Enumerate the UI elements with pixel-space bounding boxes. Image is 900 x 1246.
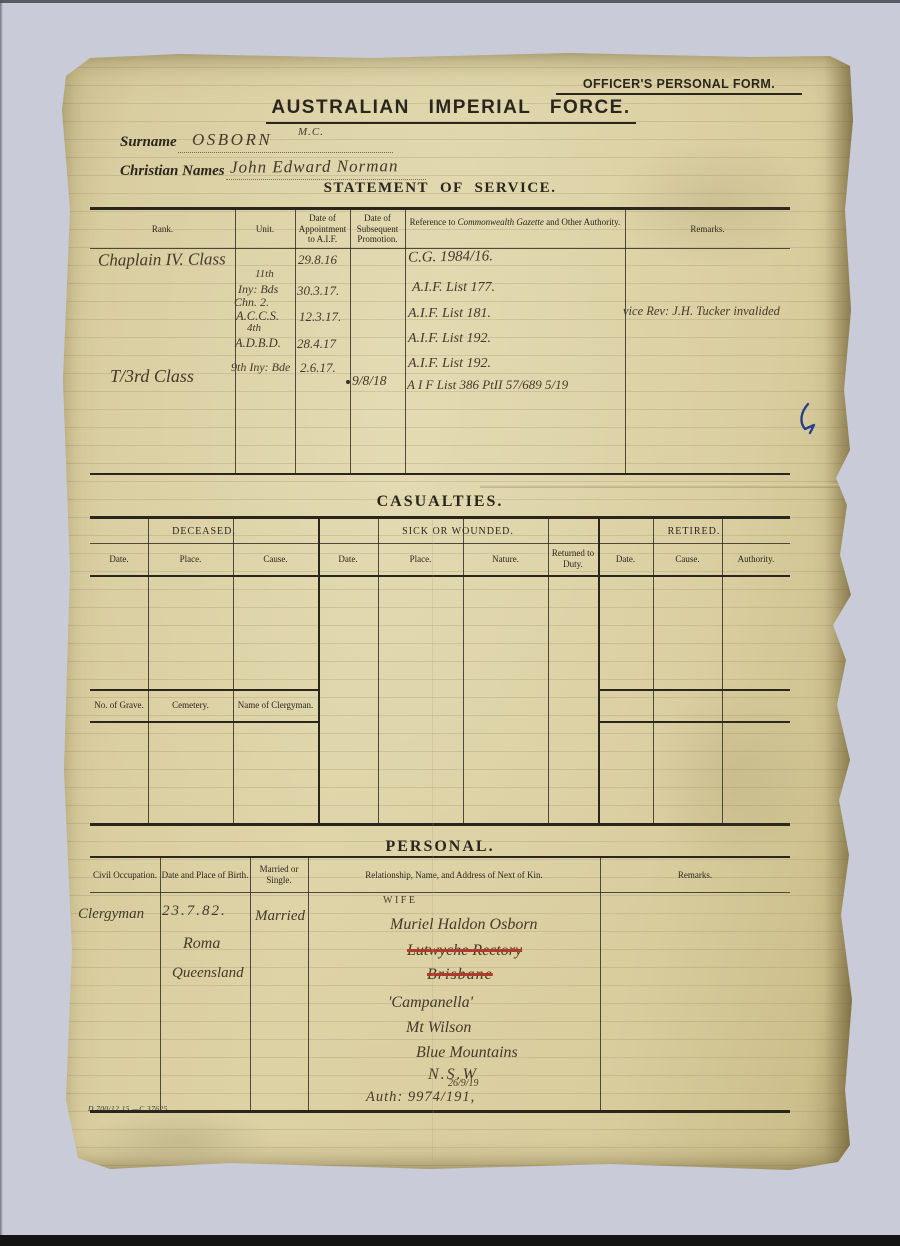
col-header-returned-to-duty: Returned to Duty. (548, 543, 598, 575)
service-unit-entry: 4th (247, 322, 261, 334)
table-rule (160, 858, 161, 1110)
casualties-section-title: CASUALTIES. (240, 493, 640, 511)
col-header-promotion: Date of Subsequent Promotion. (350, 210, 405, 248)
col-header-marital: Married or Single. (250, 858, 308, 892)
birth-place-entry: Queensland (172, 965, 244, 982)
table-rule (598, 721, 790, 723)
service-appointment-date: 30.3.17. (297, 283, 339, 299)
service-reference: A I F List 386 PtII 57/689 5/19 (407, 377, 568, 393)
auth-note-entry: Auth: 9974/191, (366, 1089, 475, 1106)
col-header-retired-date: Date. (598, 543, 653, 575)
col-header-occupation: Civil Occupation. (90, 858, 160, 892)
service-unit-entry: 9th Iny: Bde (231, 360, 290, 375)
service-appointment-date: 28.4.17 (297, 336, 336, 352)
paper-crease (432, 520, 434, 1160)
scanner-edge-top (0, 0, 900, 3)
birth-place-entry: Roma (183, 935, 220, 953)
table-rule (308, 858, 309, 1110)
christian-names-label: Christian Names (120, 163, 225, 180)
paper-edge-shading (824, 50, 858, 1178)
table-rule (90, 575, 790, 577)
scanner-edge-left (0, 0, 3, 1246)
service-reference: A.I.F. List 177. (412, 280, 495, 296)
service-reference: A.I.F. List 192. (408, 356, 491, 372)
occupation-entry: Clergyman (78, 906, 144, 923)
nok-struck-address: Lutwyche Rectory (407, 942, 522, 960)
scanned-document-page: { "document": { "form_label": "OFFICER'S… (0, 0, 900, 1246)
table-rule (625, 210, 626, 473)
col-header-birth: Date and Place of Birth. (160, 858, 250, 892)
table-rule (598, 689, 790, 691)
casualties-table: DECEASED. SICK OR WOUNDED. RETIRED. Date… (90, 516, 790, 826)
form-number: D.700/12.15.—C.37625. (88, 1104, 170, 1113)
nok-relationship-entry: WIFE (383, 895, 417, 906)
nok-struck-address: Brisbane (427, 966, 493, 984)
service-reference: C.G. 1984/16. (408, 248, 493, 266)
col-header-reference-text: Reference to (410, 217, 456, 227)
auth-date-entry: 26/9/19 (448, 1078, 479, 1089)
nok-address-entry: 'Campanella' (388, 994, 473, 1012)
col-header-retired-cause: Cause. (653, 543, 722, 575)
col-header-sick-place: Place. (378, 543, 463, 575)
paper-stain (86, 1108, 276, 1172)
nok-address-entry: Mt Wilson (406, 1019, 471, 1037)
col-header-clergyman: Name of Clergyman. (233, 689, 318, 721)
table-rule (250, 858, 251, 1110)
col-header-grave-number: No. of Grave. (90, 689, 148, 721)
col-header-retired-authority: Authority. (722, 543, 790, 575)
service-reference: A.I.F. List 192. (408, 331, 491, 347)
form-label: OFFICER'S PERSONAL FORM. (556, 77, 802, 95)
col-header-rank: Rank. (90, 210, 235, 248)
ink-check-mark-icon (798, 402, 820, 436)
table-rule (90, 892, 790, 893)
col-header-remarks: Remarks. (625, 210, 790, 248)
service-unit-entry: Chn. 2. (234, 295, 269, 310)
table-rule (90, 721, 318, 723)
group-header-deceased: DECEASED. (90, 519, 318, 543)
col-header-reference-text2: and Other Authority. (546, 217, 620, 227)
paper-crease (480, 484, 858, 488)
group-header-retired: RETIRED. (598, 519, 790, 543)
marital-status-entry: Married (255, 908, 305, 925)
nok-name-entry: Muriel Haldon Osborn (390, 916, 538, 934)
col-header-deceased-cause: Cause. (233, 543, 318, 575)
service-unit-entry: A.D.B.D. (235, 336, 281, 351)
table-rule (350, 210, 351, 473)
document-page: OFFICER'S PERSONAL FORM. AUSTRALIAN IMPE… (50, 50, 858, 1178)
col-header-deceased-place: Place. (148, 543, 233, 575)
col-header-deceased-date: Date. (90, 543, 148, 575)
col-header-cemetery: Cemetery. (148, 689, 233, 721)
service-rank-entry: T/3rd Class (110, 366, 194, 387)
christian-names-rule (226, 161, 426, 180)
service-appointment-date: 2.6.17. (300, 360, 336, 376)
personal-section-title: PERSONAL. (240, 838, 640, 856)
surname-rule (178, 134, 393, 153)
col-header-next-of-kin: Relationship, Name, and Address of Next … (308, 858, 600, 892)
surname-label: Surname (120, 134, 177, 151)
col-header-reference-gazette: Commonwealth Gazette (458, 217, 544, 227)
scanner-edge-bottom (0, 1235, 900, 1246)
service-remarks-entry: vice Rev: J.H. Tucker invalided (623, 304, 780, 319)
page-title: AUSTRALIAN IMPERIAL FORCE. (266, 97, 636, 124)
group-header-sick: SICK OR WOUNDED. (318, 519, 598, 543)
col-header-unit: Unit. (235, 210, 295, 248)
col-header-sick-nature: Nature. (463, 543, 548, 575)
service-rank-entry: Chaplain IV. Class (98, 249, 226, 270)
service-appointment-date: 12.3.17. (299, 309, 341, 325)
table-rule (600, 858, 601, 1110)
col-header-sick-date: Date. (318, 543, 378, 575)
service-section-title: STATEMENT OF SERVICE. (240, 180, 640, 197)
service-promotion-date: 9/8/18 (352, 373, 387, 389)
service-unit-entry: 11th (255, 268, 274, 280)
ink-dot (346, 380, 350, 384)
col-header-personal-remarks: Remarks. (600, 858, 790, 892)
service-appointment-date: 29.8.16 (298, 252, 337, 268)
birth-date-entry: 23.7.82. (162, 903, 227, 920)
service-reference: A.I.F. List 181. (408, 306, 491, 322)
col-header-appointment: Date of Appointment to A.I.F. (295, 210, 350, 248)
table-rule (295, 210, 296, 473)
